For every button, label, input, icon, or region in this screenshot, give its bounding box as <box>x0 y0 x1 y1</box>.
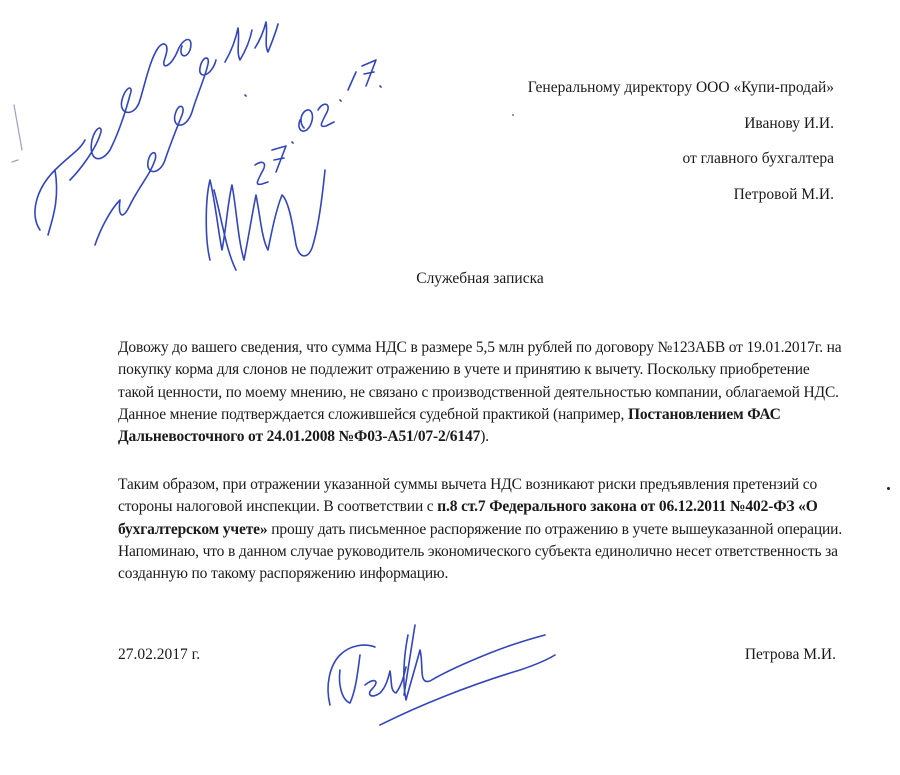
addressee-position: Генеральному директору ООО «Купи-продай» <box>528 70 834 106</box>
document-date: 27.02.2017 г. <box>118 646 200 664</box>
addressee-name: Иванову И.И. <box>528 106 834 142</box>
signature-petrova <box>320 615 560 735</box>
scan-speck <box>512 114 514 116</box>
sender-name: Петровой М.И. <box>528 177 834 213</box>
signer-name: Петрова М.И. <box>745 646 836 664</box>
paragraph-2: Таким образом, при отражении указанной с… <box>118 474 848 585</box>
scan-dot <box>887 487 890 490</box>
document-title: Служебная записка <box>0 270 900 288</box>
addressee-block: Генеральному директору ООО «Купи-продай»… <box>528 70 834 212</box>
handwritten-approval-resolution <box>0 0 420 300</box>
paragraph-1-tail: ). <box>480 428 489 445</box>
paragraph-1: Довожу до вашего сведения, что сумма НДС… <box>118 337 848 448</box>
sender-position: от главного бухгалтера <box>528 141 834 177</box>
